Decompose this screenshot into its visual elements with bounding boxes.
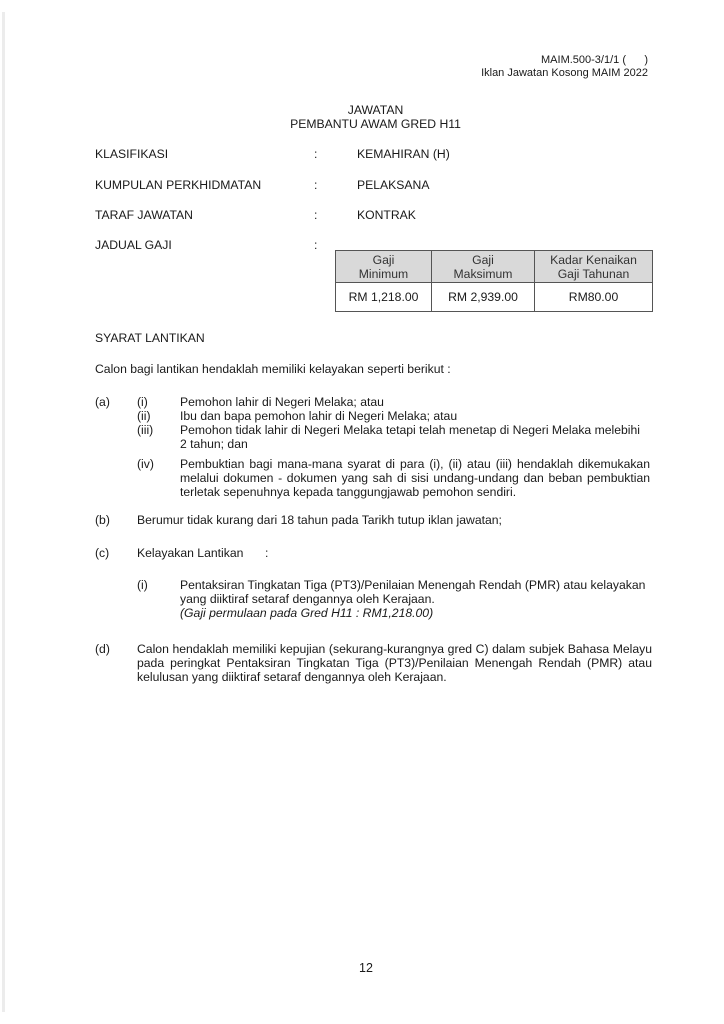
item-text: Calon hendaklah memiliki kepujian (sekur…	[137, 642, 652, 684]
detail-colon: :	[314, 178, 317, 192]
detail-value: KEMAHIRAN (H)	[357, 147, 450, 161]
detail-colon: :	[314, 147, 317, 161]
page-title: JAWATAN PEMBANTU AWAM GRED H11	[0, 103, 724, 131]
item-text: Berumur tidak kurang dari 18 tahun pada …	[137, 513, 652, 527]
value-gaji-maksimum: RM 2,939.00	[432, 283, 535, 312]
page-edge	[2, 12, 5, 1012]
salary-note: (Gaji permulaan pada Gred H11 : RM1,218.…	[180, 606, 650, 620]
sub-marker: (iii)	[137, 423, 153, 437]
item-marker: (d)	[95, 642, 110, 656]
detail-label: KLASIFIKASI	[95, 147, 168, 161]
requirements-intro: Calon bagi lantikan hendaklah memiliki k…	[95, 362, 451, 376]
reference-number: MAIM.500-3/1/1 ( )	[481, 54, 648, 67]
page-number: 12	[0, 961, 724, 975]
detail-label: TARAF JAWATAN	[95, 208, 193, 222]
salary-table-header: GajiMinimum GajiMaksimum Kadar KenaikanG…	[336, 251, 653, 283]
detail-value: PELAKSANA	[357, 178, 429, 192]
item-text: Ibu dan bapa pemohon lahir di Negeri Mel…	[180, 409, 650, 423]
header-kadar-kenaikan: Kadar KenaikanGaji Tahunan	[535, 251, 653, 283]
salary-table: GajiMinimum GajiMaksimum Kadar KenaikanG…	[335, 250, 653, 312]
detail-colon: :	[314, 208, 317, 222]
item-marker: (a)	[95, 395, 110, 409]
item-text: Pentaksiran Tingkatan Tiga (PT3)/Penilai…	[180, 578, 650, 606]
item-text: Pemohon tidak lahir di Negeri Melaka tet…	[180, 423, 650, 451]
detail-colon: :	[314, 238, 317, 252]
item-text: Pemohon lahir di Negeri Melaka; atau	[180, 395, 650, 409]
value-gaji-minimum: RM 1,218.00	[336, 283, 432, 312]
item-colon: :	[265, 546, 268, 560]
header-gaji-maksimum: GajiMaksimum	[432, 251, 535, 283]
sub-marker: (iv)	[137, 457, 154, 471]
item-marker: (c)	[95, 546, 109, 560]
sub-marker: (i)	[137, 578, 148, 592]
detail-label: KUMPULAN PERKHIDMATAN	[95, 178, 261, 192]
item-text: Pembuktian bagi mana-mana syarat di para…	[180, 457, 650, 499]
value-kadar-kenaikan: RM80.00	[535, 283, 653, 312]
section-heading: SYARAT LANTIKAN	[95, 331, 205, 345]
header-gaji-minimum: GajiMinimum	[336, 251, 432, 283]
salary-table-row: RM 1,218.00 RM 2,939.00 RM80.00	[336, 283, 653, 312]
sub-marker: (i)	[137, 395, 148, 409]
title-line-2: PEMBANTU AWAM GRED H11	[27, 117, 724, 131]
document-reference: MAIM.500-3/1/1 ( ) Iklan Jawatan Kosong …	[481, 54, 648, 80]
title-line-1: JAWATAN	[27, 103, 724, 117]
item-marker: (b)	[95, 513, 110, 527]
detail-value: KONTRAK	[357, 208, 416, 222]
item-text: Kelayakan Lantikan	[137, 546, 243, 560]
detail-label: JADUAL GAJI	[95, 238, 172, 252]
sub-marker: (ii)	[137, 409, 151, 423]
reference-subtitle: Iklan Jawatan Kosong MAIM 2022	[481, 67, 648, 80]
